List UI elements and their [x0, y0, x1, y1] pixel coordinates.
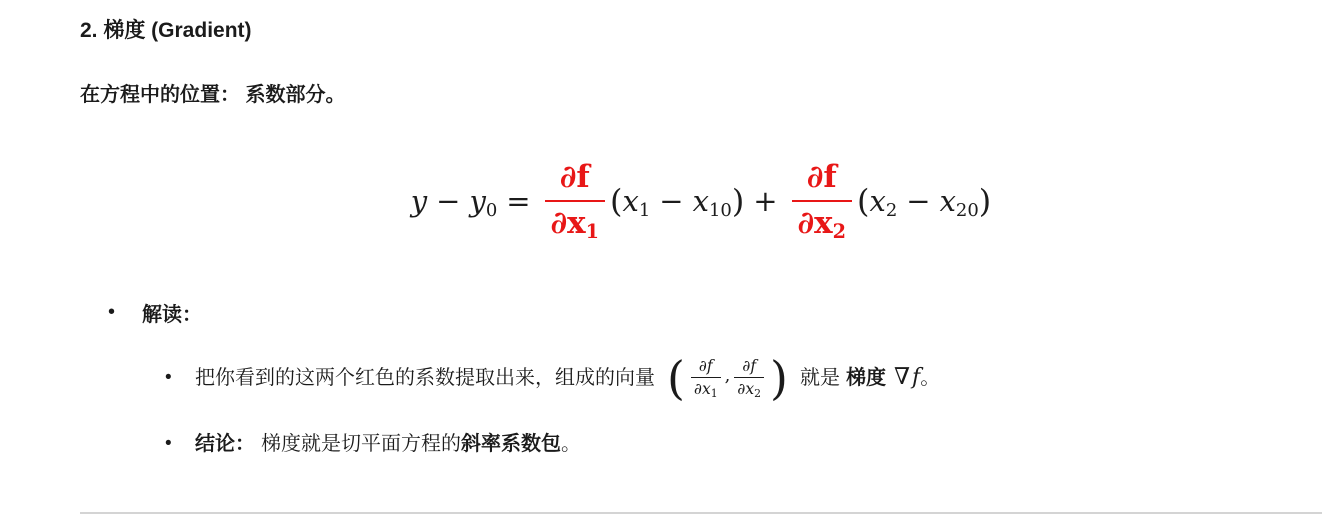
coefficient-term: 斜率系数包 [461, 429, 561, 459]
inline-gradient-vector: ( ∂f ∂x1 , ∂f ∂x2 ) [665, 357, 790, 399]
subheading: 在方程中的位置： 系数部分。 [80, 80, 1322, 110]
inline-fraction-x2: ∂f ∂x2 [734, 357, 764, 399]
close-paren: ) [979, 182, 991, 220]
text-segment: 梯度就是切平面方程的 [261, 429, 461, 459]
period: 。 [561, 429, 581, 459]
period: 。 [920, 363, 940, 393]
list-item-text: 把你看到的这两个红色的系数提取出来，组成的向量 ( ∂f ∂x1 , ∂f ∂x… [195, 357, 940, 399]
nabla-symbol: ∇ [894, 360, 910, 395]
gradient-term: 梯度 [846, 363, 886, 393]
inline-fraction-x1: ∂f ∂x1 [691, 357, 721, 399]
list-item-text: 结论： 梯度就是切平面方程的 斜率系数包 。 [195, 429, 581, 459]
minus-operator: − [897, 184, 939, 218]
minus-operator: − [650, 184, 692, 218]
text-segment: 就是 [800, 363, 840, 393]
close-paren: ) [732, 182, 744, 220]
bullet-list: • 解读： • 把你看到的这两个红色的系数提取出来，组成的向量 ( ∂f ∂x1… [80, 298, 1322, 459]
var-f: f [912, 361, 920, 394]
var-y0: y0 [469, 184, 497, 218]
bullet-icon: • [165, 433, 195, 455]
bullet-icon: • [108, 301, 142, 324]
list-item-label: 解读： [142, 298, 202, 327]
partial-fraction-x2: ∂f ∂x2 [792, 160, 852, 241]
comma: , [725, 362, 731, 399]
var-x2: x2 [869, 184, 897, 218]
document-page: 2. 梯度 (Gradient) 在方程中的位置： 系数部分。 y − y0 =… [0, 0, 1322, 524]
partial-fraction-x1: ∂f ∂x1 [545, 160, 605, 241]
conclusion-label: 结论： [195, 429, 255, 459]
section-heading: 2. 梯度 (Gradient) [80, 0, 1322, 45]
var-x1: x1 [622, 184, 650, 218]
bullet-icon: • [165, 367, 195, 389]
minus-operator: − [427, 184, 469, 218]
var-y: y [411, 184, 427, 218]
section-divider [80, 512, 1322, 514]
list-item-interpretation: • 解读： [80, 298, 1322, 327]
document-content: 2. 梯度 (Gradient) 在方程中的位置： 系数部分。 y − y0 =… [0, 0, 1322, 459]
plus-operator: + [744, 184, 786, 218]
list-item-conclusion: • 结论： 梯度就是切平面方程的 斜率系数包 。 [80, 429, 1322, 459]
var-x20: x20 [940, 184, 979, 218]
open-paren: ( [857, 182, 869, 220]
display-formula: y − y0 = ∂f ∂x1 ( x1 − x10 ) + ∂f ∂x2 ( … [80, 160, 1322, 241]
open-paren: ( [610, 182, 622, 220]
var-x10: x10 [693, 184, 732, 218]
equals-sign: = [497, 184, 539, 218]
text-segment: 把你看到的这两个红色的系数提取出来，组成的向量 [195, 363, 655, 393]
list-item-gradient-vector: • 把你看到的这两个红色的系数提取出来，组成的向量 ( ∂f ∂x1 , ∂f … [80, 357, 1322, 399]
